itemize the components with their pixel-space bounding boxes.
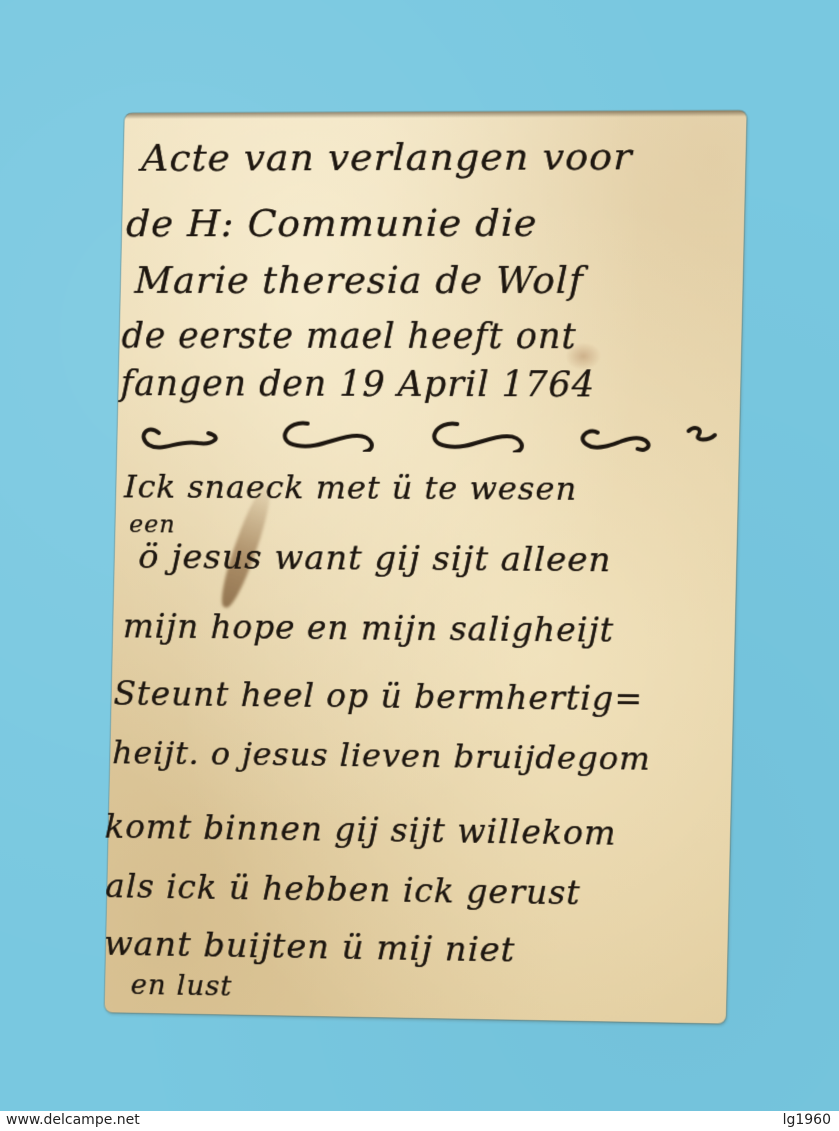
card-line-2: de H: Communie die bbox=[126, 204, 538, 243]
card-line-7: Ick snaeck met ü te wesen bbox=[124, 471, 578, 505]
card-line-3: Marie theresia de Wolf bbox=[134, 262, 584, 299]
card-line-15: want buijten ü mij niet bbox=[104, 927, 516, 968]
footer-bar: www.delcampe.net lg1960 bbox=[0, 1111, 839, 1131]
card-line-11: Steunt heel op ü bermhertig= bbox=[113, 677, 643, 715]
card-line-8: een bbox=[129, 512, 176, 536]
card-line-9: ö jesus want gij sijt alleen bbox=[138, 540, 612, 577]
card-line-5: fangen den 19 April 1764 bbox=[120, 367, 595, 403]
card-line-14: als ick ü hebben ick gerust bbox=[105, 869, 581, 909]
site-watermark: www.delcampe.net bbox=[6, 1112, 140, 1128]
card-line-12: heijt. o jesus lieven bruijdegom bbox=[112, 737, 651, 775]
flourish-divider-icon bbox=[129, 411, 730, 453]
handwritten-card: Acte van verlangen voor de H: Communie d… bbox=[105, 111, 747, 1024]
card-line-1: Acte van verlangen voor bbox=[141, 137, 633, 177]
card-line-10: mijn hope en mijn saligheijt bbox=[123, 610, 615, 647]
card-line-16: en lust bbox=[130, 971, 232, 1001]
card-line-4: de eerste mael heeft ont bbox=[121, 320, 577, 356]
seller-id: lg1960 bbox=[783, 1112, 831, 1128]
card-line-13: komt binnen gij sijt willekom bbox=[104, 810, 617, 850]
